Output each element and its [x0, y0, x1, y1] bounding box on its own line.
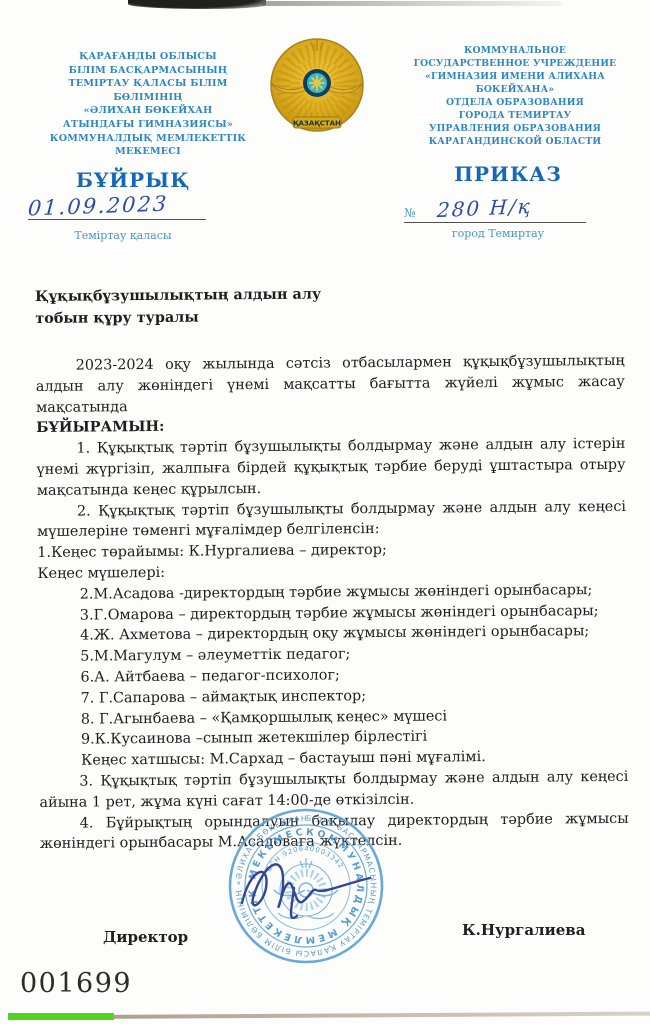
scan-top-dark-artifact: [128, 0, 266, 9]
org-line: ГОСУДАРСТВЕННОЕ УЧРЕЖДЕНИЕ: [390, 57, 640, 70]
scan-top-smear: [262, 1, 562, 6]
city-russian: город Темиртау: [398, 227, 598, 240]
org-line: АТЫНДАҒЫ ГИМНАЗИЯСЫ»: [34, 118, 262, 132]
kazakhstan-coat-of-arms-icon: ҚАЗАҚСТАН: [262, 30, 372, 146]
date-line: 01.09.2023: [28, 194, 206, 220]
number-sign: №: [404, 206, 415, 220]
org-line: МЕКЕМЕСІ: [34, 145, 262, 159]
org-line: БІЛІМ БАСҚАРМАСЫНЫҢ: [34, 64, 262, 78]
org-line: КОММУНАЛДЫҚ МЕМЛЕКЕТТІК: [34, 132, 262, 146]
order-item-2: 2. Құқықтық тәртіп бұзушылықты болдырмау…: [37, 496, 626, 543]
signatory-role: Директор: [103, 928, 188, 946]
document-subject-title: Құқықбұзушылықтың алдын алу тобын құру т…: [35, 281, 624, 330]
handwritten-date: 01.09.2023: [27, 192, 169, 221]
org-line: ТЕМІРТАУ ҚАЛАСЫ БІЛІМ БӨЛІМІНІҢ: [34, 77, 262, 104]
org-line: ҚАРАҒАНДЫ ОБЛЫСЫ: [34, 50, 262, 64]
official-round-stamp: БІЛІМ БАСҚАРМАСЫНЫҢ ТЕМІРТАУ ҚАЛАСЫ БІЛІ…: [226, 806, 386, 966]
signatory-name: К.Нургалиева: [462, 921, 585, 939]
preamble-paragraph: 2023-2024 оқу жылында сәтсіз отбасыларме…: [36, 351, 626, 419]
order-heading-russian: ПРИКАЗ № 280 Н/қ город Темиртау: [398, 162, 618, 240]
scanned-order-document: ҚАРАҒАНДЫ ОБЛЫСЫ БІЛІМ БАСҚАРМАСЫНЫҢ ТЕМ…: [0, 0, 650, 1024]
stamp-bin-text: БСН 920640003342: [265, 845, 346, 873]
handwritten-order-number: 280 Н/қ: [437, 194, 533, 222]
org-line: КАРАГАНДИНСКОЙ ОБЛАСТИ: [390, 135, 640, 148]
org-line: ГОРОДА ТЕМИРТАУ: [390, 109, 640, 122]
order-heading-kazakh: БҰЙРЫҚ 01.09.2023 Теміртау қаласы: [28, 168, 238, 242]
org-line: УПРАВЛЕНИЯ ОБРАЗОВАНИЯ: [390, 122, 640, 135]
svg-text:БСН 920640003342: БСН 920640003342: [265, 845, 346, 873]
document-body: Құқықбұзушылықтың алдын алу тобын құру т…: [35, 281, 629, 855]
order-title-kazakh: БҰЙРЫҚ: [28, 168, 238, 192]
order-item-1: 1. Құқықтық тәртіп бұзушылықты болдырмау…: [36, 434, 626, 502]
scan-bottom-green-strip: [8, 1013, 114, 1020]
org-line: «ГИМНАЗИЯ ИМЕНИ АЛИХАНА БОКЕЙХАНА»: [390, 70, 640, 96]
letterhead-right-russian: КОММУНАЛЬНОЕ ГОСУДАРСТВЕННОЕ УЧРЕЖДЕНИЕ …: [390, 44, 640, 149]
title-line-2: тобын құру туралы: [35, 303, 624, 330]
org-line: «ӘЛИХАН БӨКЕЙХАН: [34, 104, 262, 118]
scan-bottom-edge: [92, 1012, 650, 1019]
order-title-russian: ПРИКАЗ: [398, 162, 618, 186]
org-line: КОММУНАЛЬНОЕ: [390, 44, 640, 57]
org-line: ОТДЕЛА ОБРАЗОВАНИЯ: [390, 96, 640, 109]
form-serial-number: 001699: [20, 968, 132, 999]
order-number-line: № 280 Н/қ: [404, 196, 586, 223]
emblem-banner-text: ҚАЗАҚСТАН: [293, 120, 341, 128]
city-kazakh: Теміртау қаласы: [28, 229, 218, 242]
letterhead-left-kazakh: ҚАРАҒАНДЫ ОБЛЫСЫ БІЛІМ БАСҚАРМАСЫНЫҢ ТЕМ…: [34, 50, 262, 159]
